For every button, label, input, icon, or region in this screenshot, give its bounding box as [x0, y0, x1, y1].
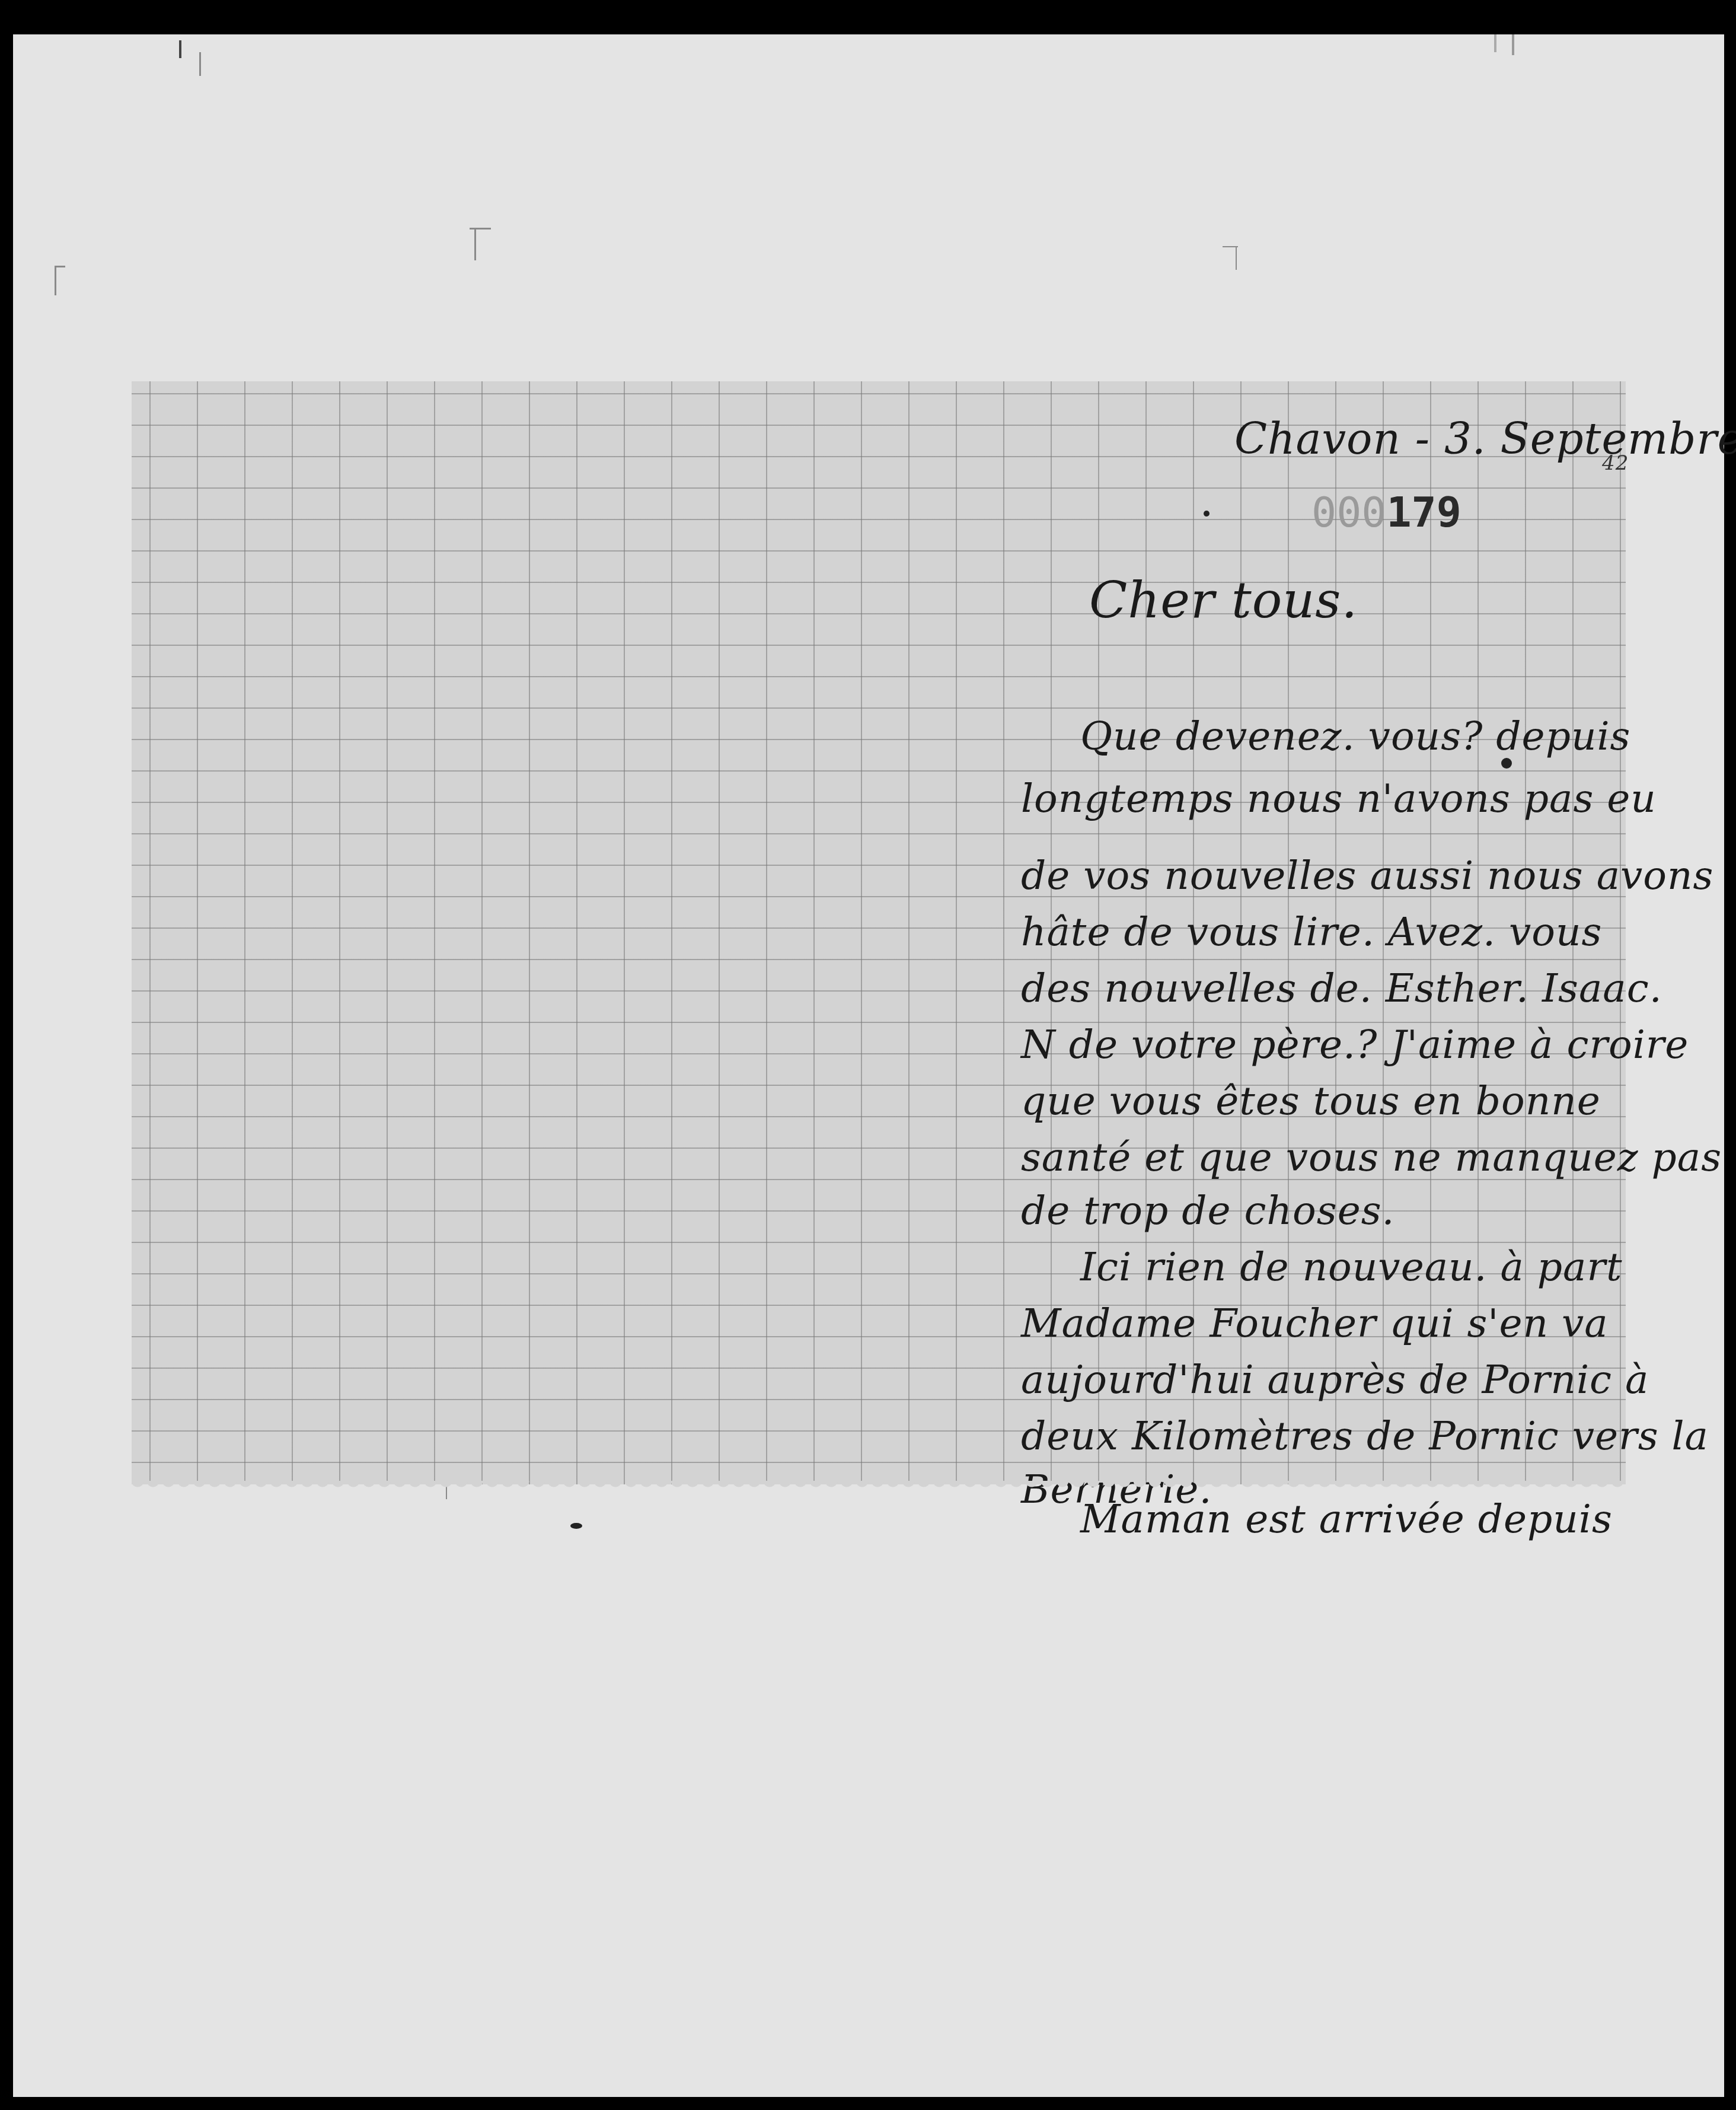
- registration-mark: [179, 40, 181, 58]
- body-line: Madame Foucher qui s'en va: [1021, 1301, 1609, 1346]
- registration-mark: [1494, 34, 1496, 52]
- scanned-page: Chavon - 3. Septembre 42 000179 Cher tou…: [13, 34, 1724, 2097]
- body-line: que vous êtes tous en bonne: [1021, 1078, 1601, 1124]
- corner-mark-t: [1236, 246, 1237, 270]
- ink-dot: [570, 1523, 582, 1529]
- greeting: Cher tous.: [1089, 571, 1358, 629]
- body-line: longtemps nous n'avons pas eu: [1021, 776, 1657, 821]
- graph-paper-letter: Chavon - 3. Septembre 42 000179 Cher tou…: [132, 381, 1626, 1484]
- place-date: Chavon - 3. Septembre: [1234, 414, 1736, 464]
- corner-mark-f: [55, 266, 56, 295]
- body-line: Maman est arrivée depuis: [1080, 1496, 1613, 1542]
- body-line: de vos nouvelles aussi nous avons: [1021, 853, 1713, 898]
- archive-stamp-number: 000179: [1311, 488, 1461, 537]
- corner-mark-t: [474, 228, 476, 260]
- body-line: hâte de vous lire. Avez. vous: [1021, 909, 1602, 955]
- stamp-dot: [1204, 511, 1210, 517]
- body-line: Ici rien de nouveau. à part: [1080, 1244, 1623, 1290]
- corner-mark-f: [55, 266, 65, 267]
- stamp-bold-digits: 179: [1386, 488, 1461, 537]
- body-line: aujourd'hui auprès de Pornic à: [1021, 1357, 1649, 1403]
- registration-mark: [199, 52, 201, 76]
- body-line: N de votre père.? J'aime à croire: [1021, 1022, 1689, 1067]
- registration-mark: [1512, 34, 1514, 55]
- stamp-faint-digits: 000: [1311, 488, 1386, 537]
- body-line: Que devenez. vous? depuis: [1080, 713, 1630, 759]
- corner-mark-t: [470, 228, 491, 230]
- body-line: deux Kilomètres de Pornic vers la: [1021, 1413, 1709, 1459]
- body-line: des nouvelles de. Esther. Isaac.: [1021, 965, 1662, 1011]
- body-line: de trop de choses.: [1021, 1188, 1395, 1234]
- ink-blot: [1501, 758, 1512, 769]
- body-line: santé et que vous ne manquez pas: [1021, 1134, 1722, 1180]
- year-annotation: 42: [1602, 451, 1629, 475]
